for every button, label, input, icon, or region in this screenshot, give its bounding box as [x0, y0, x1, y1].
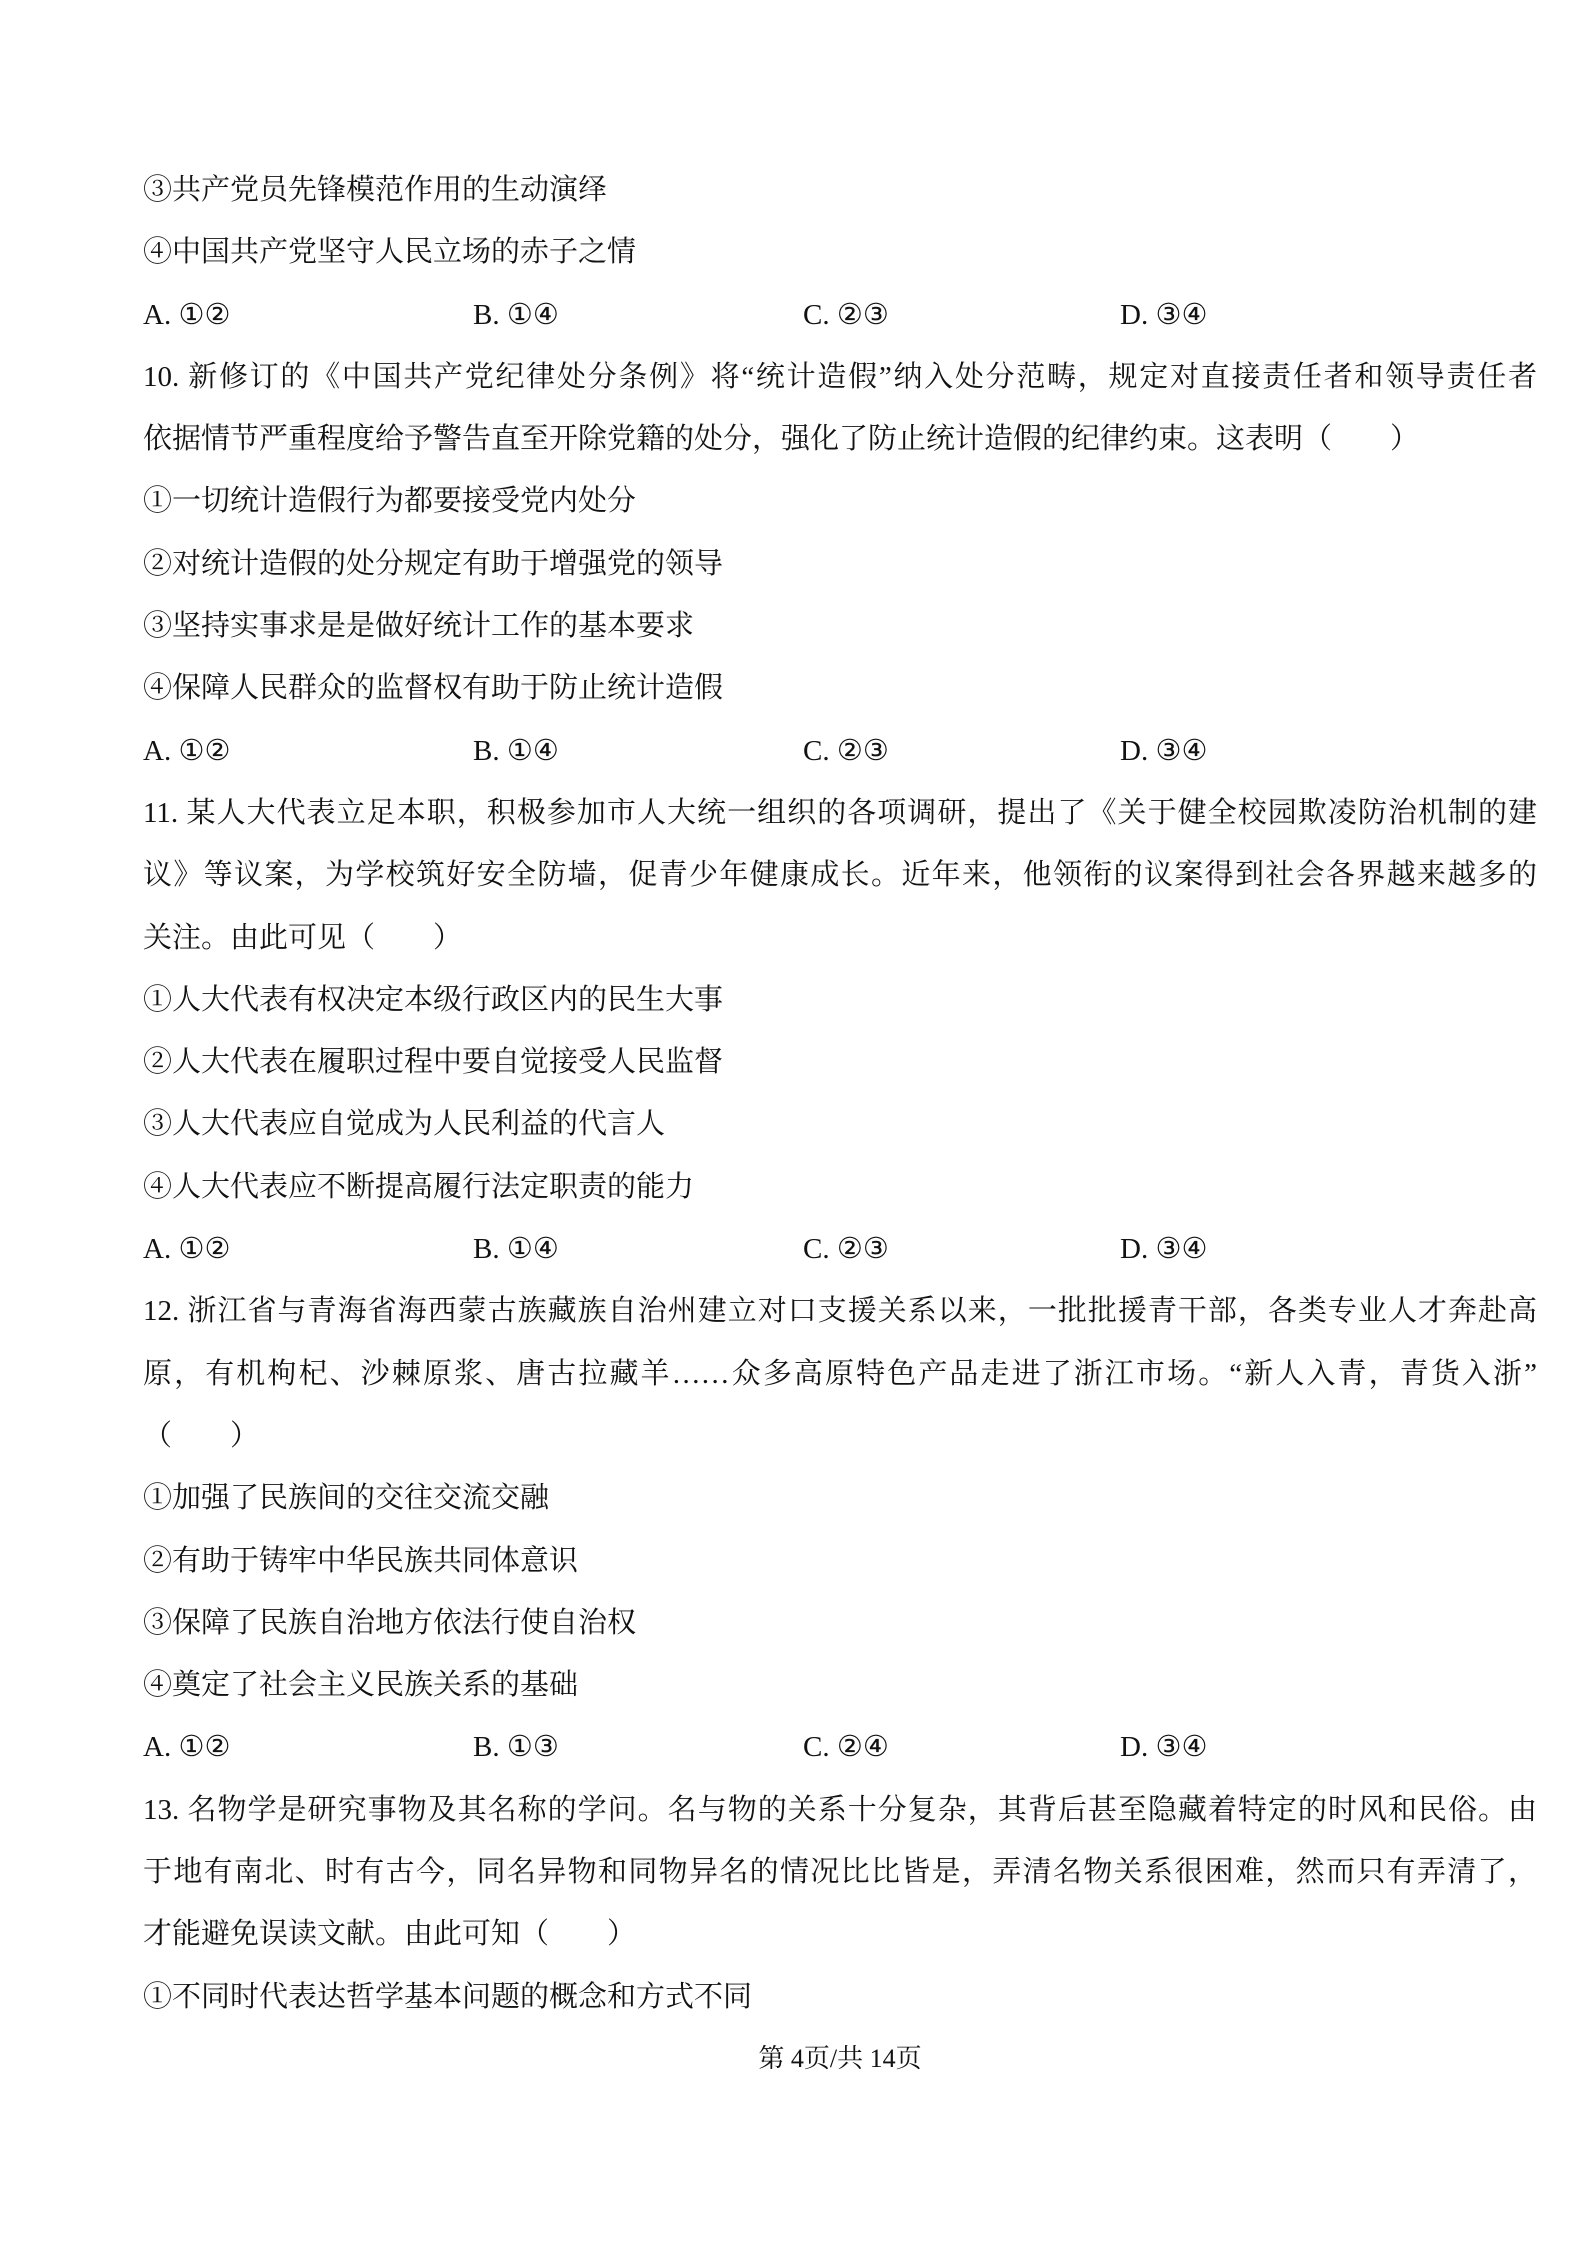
- q9-choice-c: C. ②③: [803, 284, 889, 346]
- q10-stem-line-2: 依据情节严重程度给予警告直至开除党籍的处分，强化了防止统计造假的纪律约束。这表明…: [143, 408, 1537, 470]
- q10-option-3: ③坚持实事求是是做好统计工作的基本要求: [143, 595, 1537, 657]
- q12-choice-d: D. ③④: [1120, 1716, 1207, 1778]
- exam-page: ③共产党员先锋模范作用的生动演绎 ④中国共产党坚守人民立场的赤子之情 A. ①②…: [0, 0, 1586, 2244]
- q12-option-4: ④奠定了社会主义民族关系的基础: [143, 1654, 1537, 1716]
- q12-choices-row: A. ①② B. ①③ C. ②④ D. ③④: [143, 1716, 1537, 1778]
- q12-option-2: ②有助于铸牢中华民族共同体意识: [143, 1530, 1537, 1592]
- q13-stem-line-2: 于地有南北、时有古今，同名异物和同物异名的情况比比皆是，弄清名物关系很困难，然而…: [143, 1841, 1537, 1903]
- q10-option-1: ①一切统计造假行为都要接受党内处分: [143, 470, 1537, 532]
- q12-choice-c: C. ②④: [803, 1716, 889, 1778]
- q11-option-4: ④人大代表应不断提高履行法定职责的能力: [143, 1156, 1537, 1218]
- q11-option-2: ②人大代表在履职过程中要自觉接受人民监督: [143, 1031, 1537, 1093]
- q11-option-1: ①人大代表有权决定本级行政区内的民生大事: [143, 969, 1537, 1031]
- q11-stem-line-2: 议》等议案，为学校筑好安全防墙，促青少年健康成长。近年来，他领衔的议案得到社会各…: [143, 844, 1537, 906]
- q11-choice-c: C. ②③: [803, 1218, 889, 1280]
- q12-stem-line-2: 原，有机枸杞、沙棘原浆、唐古拉藏羊……众多高原特色产品走进了浙江市场。“新人入青…: [143, 1343, 1537, 1405]
- q9-choice-a: A. ①②: [143, 284, 230, 346]
- q11-choice-b: B. ①④: [473, 1218, 559, 1280]
- q9-choice-b: B. ①④: [473, 284, 559, 346]
- q13-stem-line-1: 13. 名物学是研究事物及其名称的学问。名与物的关系十分复杂，其背后甚至隐藏着特…: [143, 1779, 1537, 1841]
- q12-choice-b: B. ①③: [473, 1716, 559, 1778]
- q9-option-3: ③共产党员先锋模范作用的生动演绎: [143, 159, 1537, 221]
- q9-choices-row: A. ①② B. ①④ C. ②③ D. ③④: [143, 284, 1537, 346]
- q10-option-4: ④保障人民群众的监督权有助于防止统计造假: [143, 657, 1537, 719]
- q10-choice-c: C. ②③: [803, 720, 889, 782]
- q13-option-1: ①不同时代表达哲学基本问题的概念和方式不同: [143, 1966, 1537, 2028]
- page-number-footer: 第 4页/共 14页: [143, 2028, 1537, 2090]
- q10-option-2: ②对统计造假的处分规定有助于增强党的领导: [143, 533, 1537, 595]
- q12-stem-line-1: 12. 浙江省与青海省海西蒙古族藏族自治州建立对口支援关系以来，一批批援青干部，…: [143, 1280, 1537, 1342]
- q11-stem-line-3: 关注。由此可见（ ）: [143, 907, 1537, 969]
- q12-stem-line-3: （ ）: [143, 1405, 1537, 1467]
- q13-stem-line-3: 才能避免误读文献。由此可知（ ）: [143, 1903, 1537, 1965]
- q10-choice-b: B. ①④: [473, 720, 559, 782]
- q10-choice-d: D. ③④: [1120, 720, 1207, 782]
- q12-option-3: ③保障了民族自治地方依法行使自治权: [143, 1592, 1537, 1654]
- q11-choice-d: D. ③④: [1120, 1218, 1207, 1280]
- q11-option-3: ③人大代表应自觉成为人民利益的代言人: [143, 1093, 1537, 1155]
- q9-option-4: ④中国共产党坚守人民立场的赤子之情: [143, 221, 1537, 283]
- q12-option-1: ①加强了民族间的交往交流交融: [143, 1467, 1537, 1529]
- q10-stem-line-1: 10. 新修订的《中国共产党纪律处分条例》将“统计造假”纳入处分范畴，规定对直接…: [143, 346, 1537, 408]
- q12-choice-a: A. ①②: [143, 1716, 230, 1778]
- q9-choice-d: D. ③④: [1120, 284, 1207, 346]
- q11-stem-line-1: 11. 某人大代表立足本职，积极参加市人大统一组织的各项调研，提出了《关于健全校…: [143, 782, 1537, 844]
- q10-choice-a: A. ①②: [143, 720, 230, 782]
- page-content: ③共产党员先锋模范作用的生动演绎 ④中国共产党坚守人民立场的赤子之情 A. ①②…: [143, 159, 1537, 2090]
- q10-choices-row: A. ①② B. ①④ C. ②③ D. ③④: [143, 720, 1537, 782]
- q11-choices-row: A. ①② B. ①④ C. ②③ D. ③④: [143, 1218, 1537, 1280]
- q11-choice-a: A. ①②: [143, 1218, 230, 1280]
